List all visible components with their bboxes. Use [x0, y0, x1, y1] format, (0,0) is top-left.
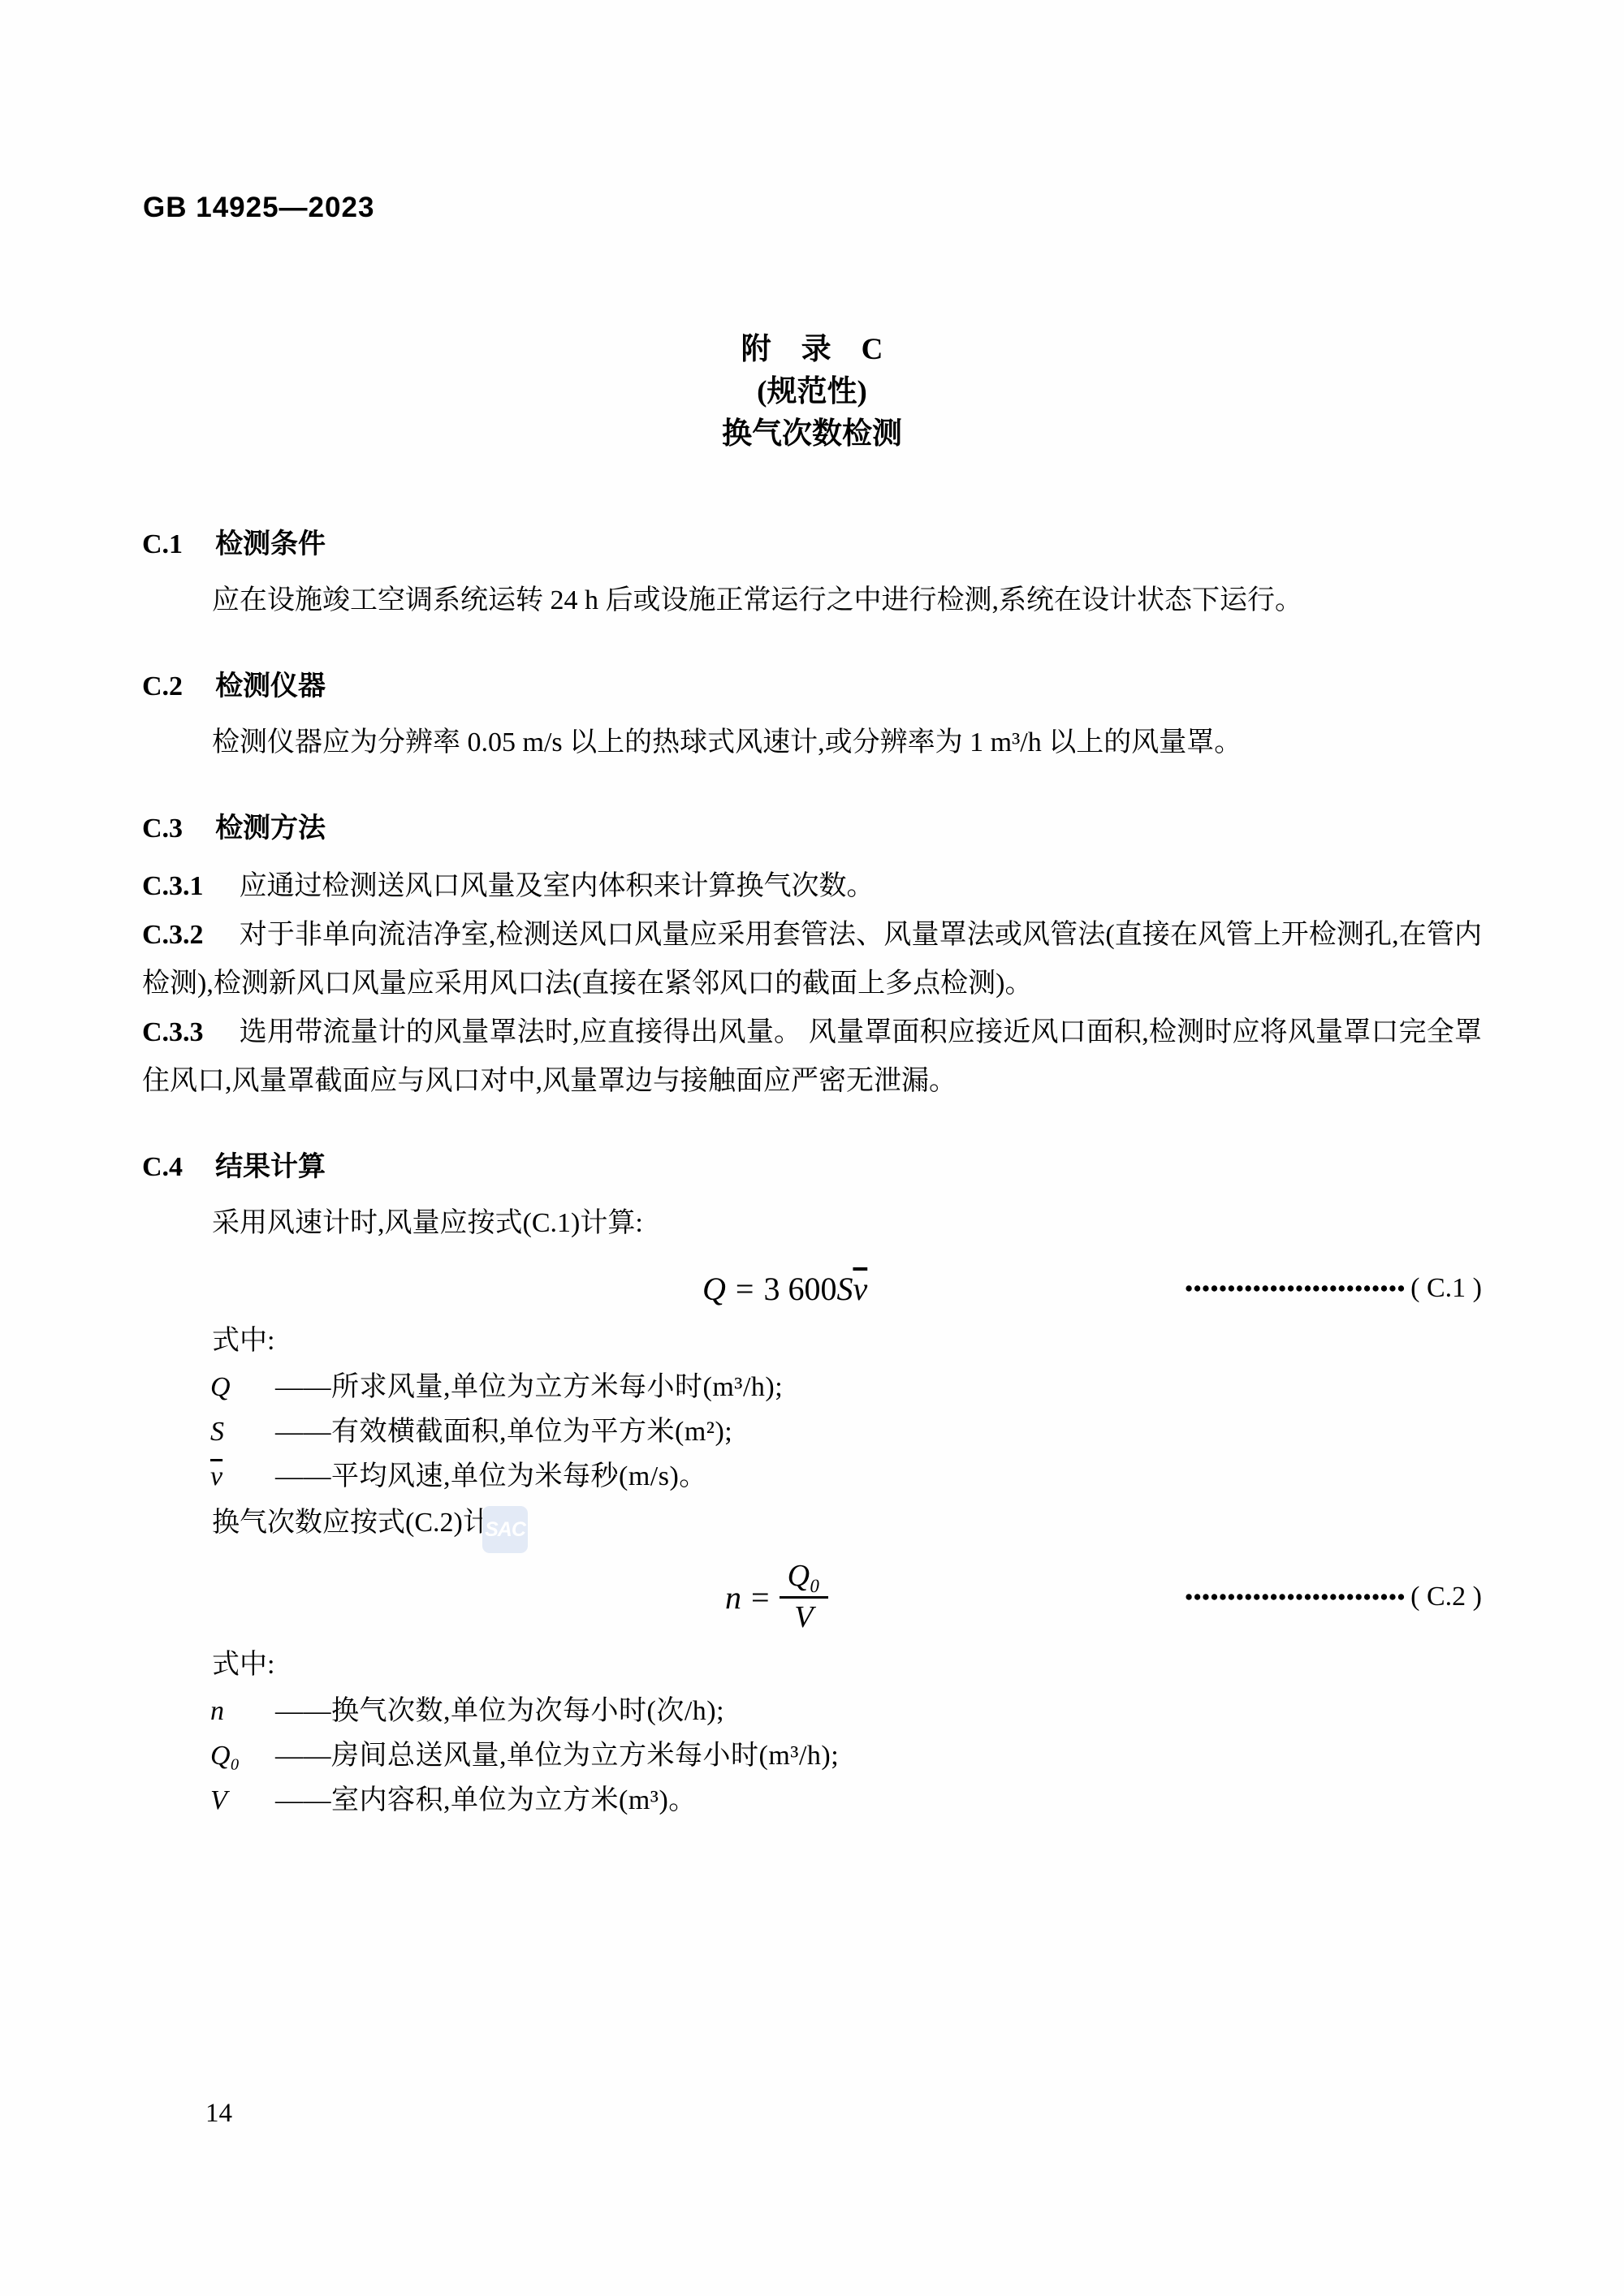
- definition-row: Q₀ ——房间总送风量,单位为立方米每小时(m³/h);: [210, 1733, 1482, 1778]
- definition-row: S ——有效横截面积,单位为平方米(m²);: [210, 1409, 1482, 1454]
- section-heading-c1: C.1检测条件: [142, 525, 1482, 563]
- paragraph-c1: 应在设施竣工空调系统运转 24 h 后或设施正常运行之中进行检测,系统在设计状态…: [142, 576, 1482, 625]
- document-page: GB 14925—2023 附 录 C (规范性) 换气次数检测 C.1检测条件…: [0, 0, 1624, 2296]
- symbol-v-bar: v: [210, 1454, 275, 1499]
- dot-leader: ••••••••••••••••••••••••••: [1185, 1585, 1406, 1610]
- symbol-definition: ——室内容积,单位为立方米(m³)。: [275, 1778, 697, 1823]
- section-id: C.1: [142, 529, 183, 559]
- section-title: 检测条件: [215, 529, 326, 559]
- section-id: C.2: [142, 671, 183, 701]
- standard-number: GB 14925—2023: [143, 192, 374, 224]
- page-content: 附 录 C (规范性) 换气次数检测 C.1检测条件 应在设施竣工空调系统运转 …: [0, 0, 1624, 1823]
- symbol-V: V: [794, 1599, 813, 1634]
- section-id: C.4: [142, 1152, 183, 1182]
- symbol-n: n: [210, 1689, 275, 1733]
- page-number: 14: [205, 2099, 232, 2129]
- clause-text: 应通过检测送风口风量及室内体积来计算换气次数。: [240, 871, 875, 901]
- clause-c3-3: C.3.3选用带流量计的风量罩法时,应直接得出风量。 风量罩面积应接近风口面积,…: [142, 1008, 1482, 1106]
- symbol-Q: Q: [702, 1270, 726, 1308]
- appendix-label: 附 录 C: [142, 329, 1482, 371]
- definition-row: Q ——所求风量,单位为立方米每小时(m³/h);: [210, 1365, 1482, 1409]
- symbol-definition: ——换气次数,单位为次每小时(次/h);: [275, 1689, 724, 1733]
- equation-c1-row: Q=3 600Sv •••••••••••••••••••••••••• ( C…: [142, 1259, 1482, 1318]
- equation-number-c2: ( C.2 ): [1410, 1582, 1482, 1612]
- definition-row: V ——室内容积,单位为立方米(m³)。: [210, 1778, 1482, 1823]
- symbol-S: S: [210, 1409, 275, 1454]
- symbol-definition: ——有效横截面积,单位为平方米(m²);: [275, 1409, 732, 1454]
- equation-intro-1: 采用风速计时,风量应按式(C.1)计算:: [142, 1199, 1482, 1248]
- section-heading-c4: C.4结果计算: [142, 1148, 1482, 1186]
- clause-text: 选用带流量计的风量罩法时,应直接得出风量。 风量罩面积应接近风口面积,检测时应将…: [142, 1017, 1482, 1096]
- symbol-n: n: [725, 1578, 741, 1616]
- section-heading-c3: C.3检测方法: [142, 809, 1482, 848]
- symbol-V: V: [210, 1778, 275, 1823]
- equation-intro-2: 换气次数应按式(C.2)计算:: [142, 1499, 1482, 1547]
- where-label-2: 式中:: [212, 1642, 1482, 1689]
- definition-row: v ——平均风速,单位为米每秒(m/s)。: [210, 1454, 1482, 1499]
- symbol-definition: ——平均风速,单位为米每秒(m/s)。: [275, 1454, 707, 1499]
- equation-c2-row: n=Q₀V •••••••••••••••••••••••••• ( C.2 ): [142, 1552, 1482, 1642]
- clause-c3-2: C.3.2对于非单向流洁净室,检测送风口风量应采用套管法、风量罩法或风管法(直接…: [142, 911, 1482, 1008]
- equation-number-c1: ( C.1 ): [1410, 1273, 1482, 1304]
- symbol-S: S: [836, 1270, 853, 1308]
- symbol-v-bar: v: [853, 1270, 867, 1308]
- section-title: 检测仪器: [215, 671, 326, 701]
- clause-id: C.3.1: [142, 871, 204, 901]
- symbol-Q0: Q₀: [210, 1733, 275, 1778]
- equals-sign: =: [751, 1578, 770, 1616]
- fraction: Q₀V: [780, 1560, 829, 1634]
- symbol-definition: ——所求风量,单位为立方米每小时(m³/h);: [275, 1365, 783, 1409]
- paragraph-c2: 检测仪器应为分辨率 0.05 m/s 以上的热球式风速计,或分辨率为 1 m³/…: [142, 719, 1482, 767]
- section-title: 结果计算: [215, 1151, 326, 1182]
- symbol-Q0: Q₀: [780, 1560, 829, 1599]
- clause-id: C.3.3: [142, 1017, 204, 1047]
- definition-row: n ——换气次数,单位为次每小时(次/h);: [210, 1689, 1482, 1733]
- appendix-subject: 换气次数检测: [142, 413, 1482, 455]
- dot-leader: ••••••••••••••••••••••••••: [1185, 1276, 1406, 1301]
- where-label-1: 式中:: [212, 1318, 1482, 1365]
- section-title: 检测方法: [215, 813, 326, 844]
- clause-c3-1: C.3.1应通过检测送风口风量及室内体积来计算换气次数。: [142, 862, 1482, 911]
- section-heading-c2: C.2检测仪器: [142, 667, 1482, 706]
- symbol-definition: ——房间总送风量,单位为立方米每小时(m³/h);: [275, 1733, 839, 1778]
- appendix-normative: (规范性): [142, 371, 1482, 413]
- section-id: C.3: [142, 814, 183, 844]
- equation-c2-expression: n=Q₀V: [725, 1560, 828, 1634]
- coefficient: 3 600: [763, 1270, 836, 1308]
- equation-c1-expression: Q=3 600Sv: [702, 1270, 867, 1308]
- sac-watermark-logo: SAC: [482, 1506, 528, 1553]
- appendix-title-block: 附 录 C (规范性) 换气次数检测: [142, 0, 1482, 455]
- symbol-Q: Q: [210, 1365, 275, 1409]
- equals-sign: =: [736, 1270, 754, 1308]
- clause-id: C.3.2: [142, 920, 204, 950]
- clause-text: 对于非单向流洁净室,检测送风口风量应采用套管法、风量罩法或风管法(直接在风管上开…: [142, 920, 1482, 999]
